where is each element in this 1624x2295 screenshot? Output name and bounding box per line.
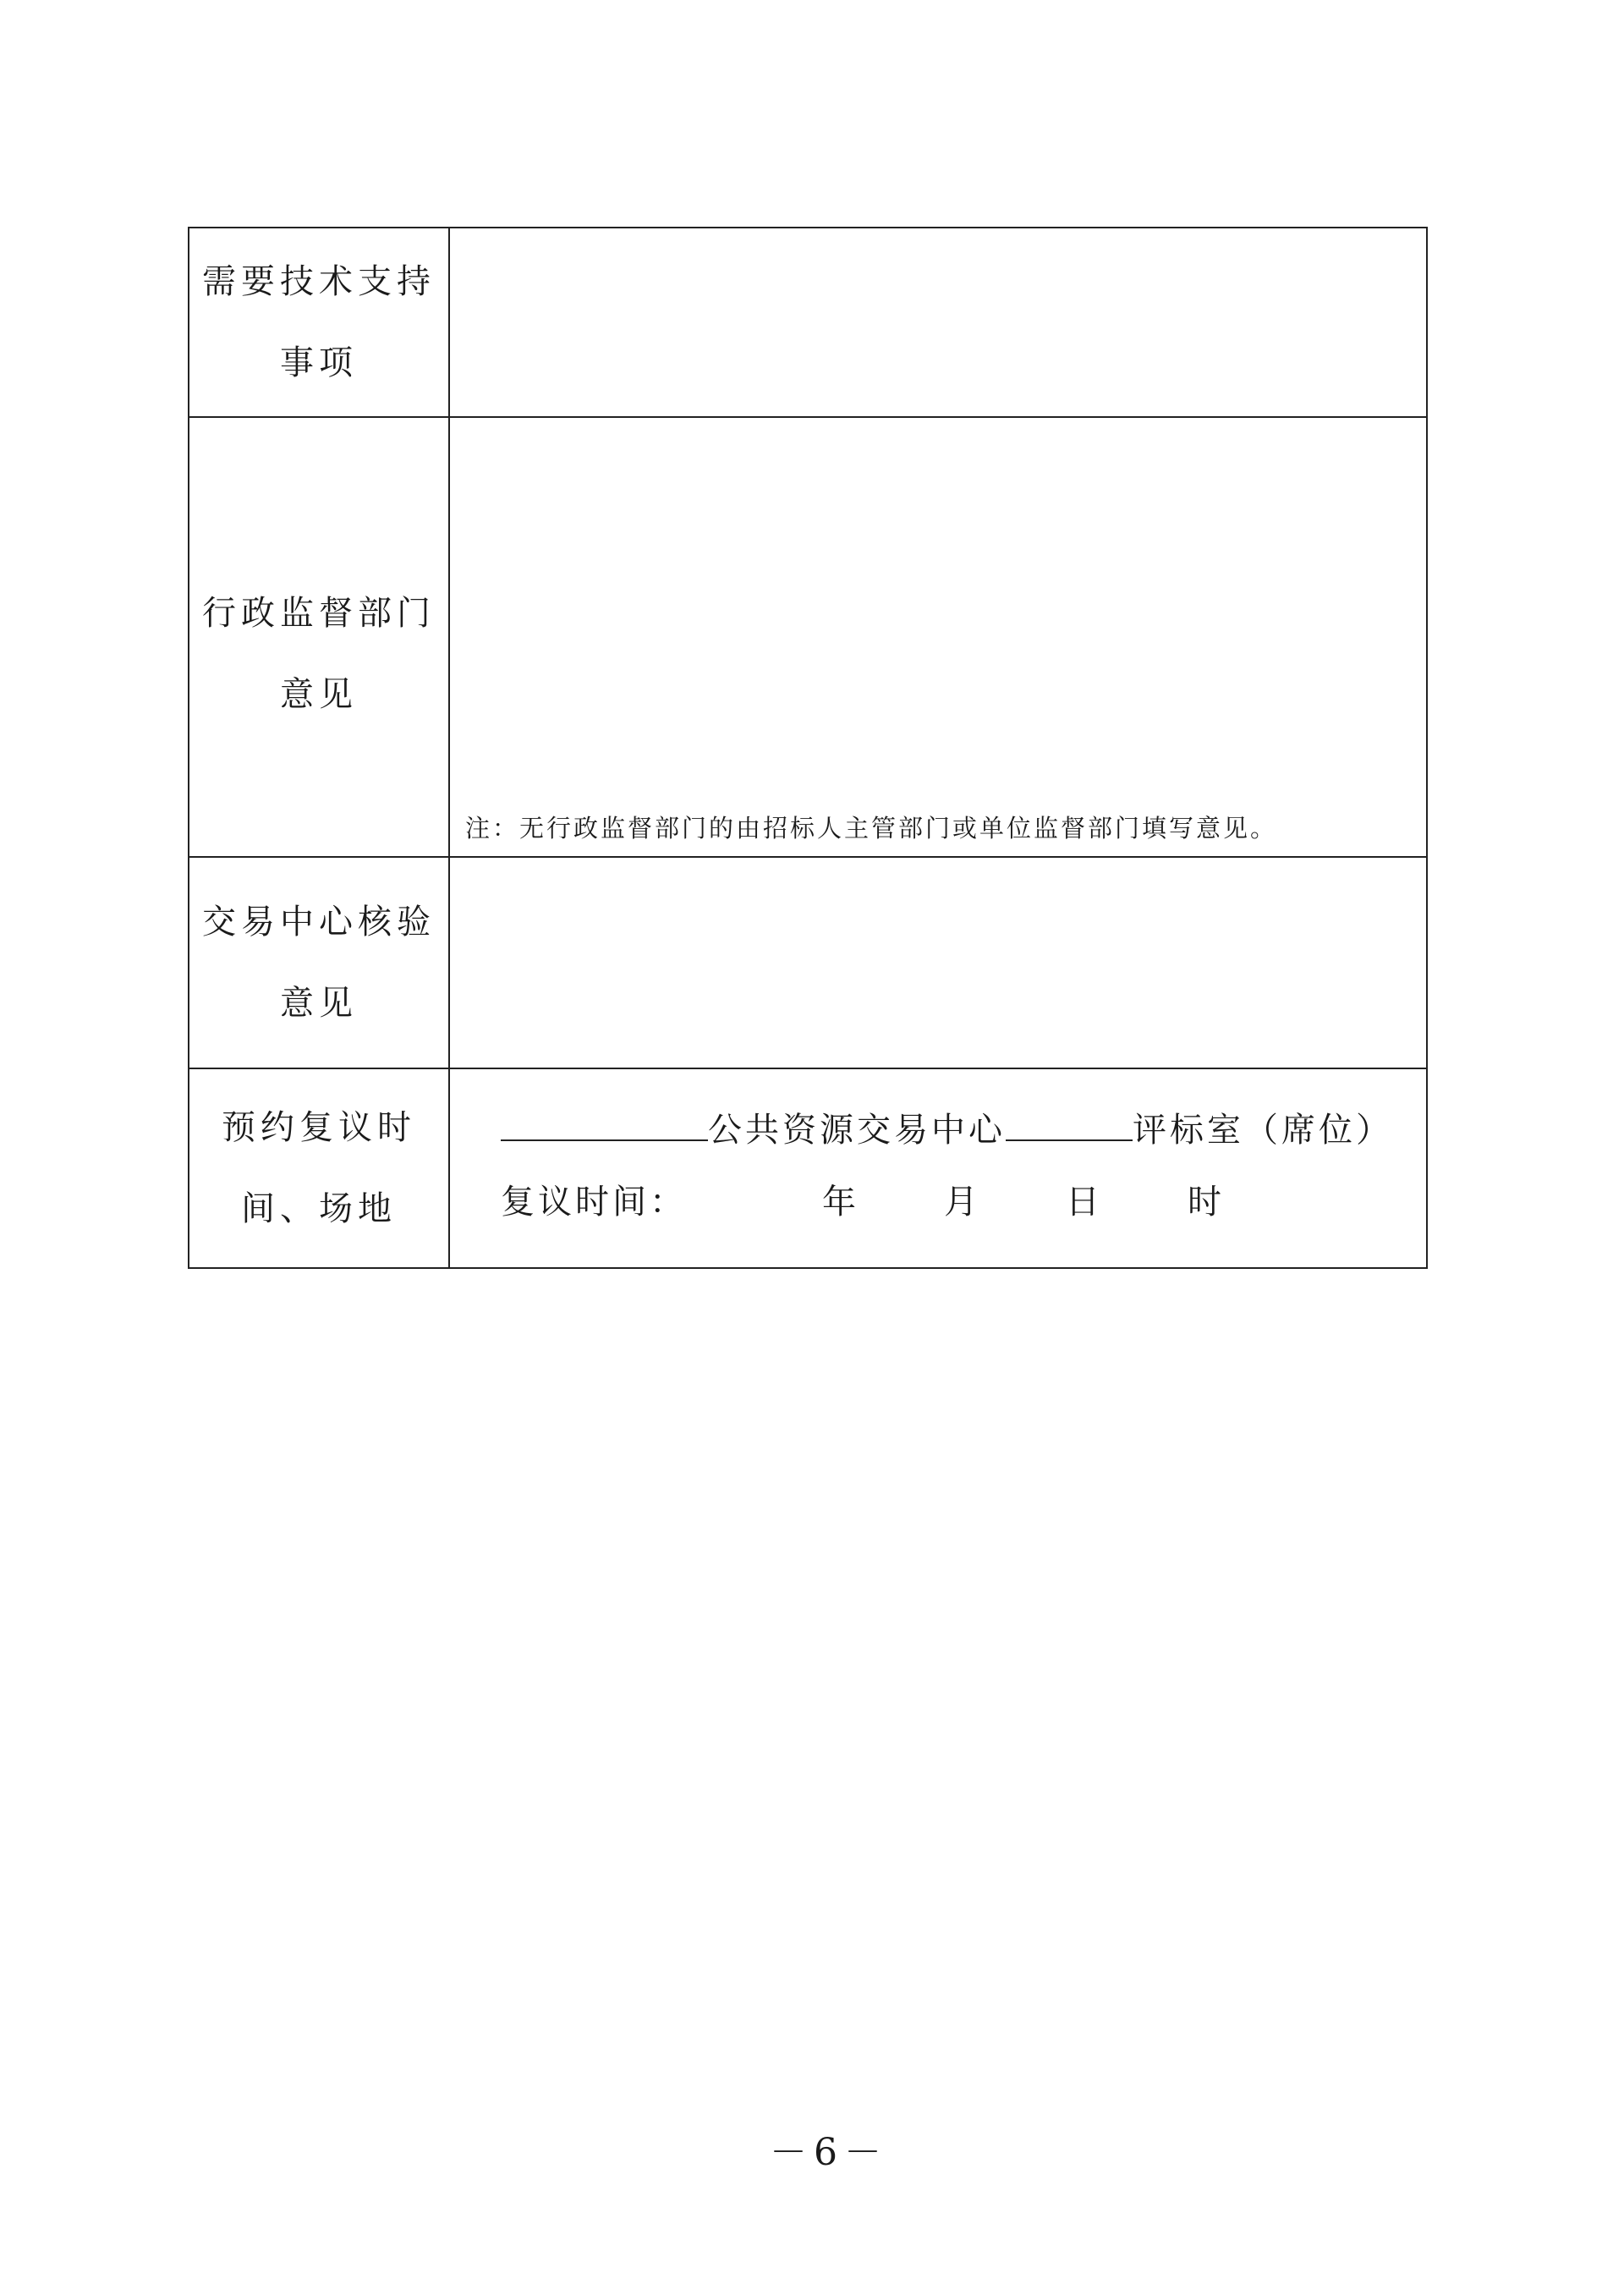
page-number: －6－: [0, 2122, 1624, 2176]
row-center-verification: 交易中心核验 意见: [189, 856, 1426, 1068]
label-review-schedule: 预约复议时 间、场地: [189, 1069, 450, 1267]
row-technical-support: 需要技术支持 事项: [189, 228, 1426, 416]
row-supervision-opinion: 行政监督部门 意见 注：无行政监督部门的由招标人主管部门或单位监督部门填写意见。: [189, 416, 1426, 856]
room-number-blank[interactable]: [1006, 1114, 1133, 1141]
venue-line: 公共资源交易中心评标室（席位）: [501, 1103, 1393, 1151]
label-line: 预约复议时: [222, 1087, 416, 1168]
time-label: 复议时间：: [501, 1183, 687, 1222]
label-technical-support: 需要技术支持 事项: [189, 228, 450, 416]
label-line: 交易中心核验: [202, 881, 436, 963]
label-center-verification: 交易中心核验 意见: [189, 858, 450, 1068]
label-line: 间、场地: [241, 1168, 397, 1249]
month-label: 月: [944, 1183, 981, 1222]
year-label: 年: [822, 1183, 859, 1222]
label-supervision-opinion: 行政监督部门 意见: [189, 418, 450, 856]
center-suffix: 公共资源交易中心: [708, 1111, 1006, 1150]
label-line: 意见: [280, 654, 358, 735]
day-label: 日: [1066, 1183, 1103, 1222]
field-supervision-opinion[interactable]: 注：无行政监督部门的由招标人主管部门或单位监督部门填写意见。: [450, 418, 1426, 856]
review-form-table: 需要技术支持 事项 行政监督部门 意见 注：无行政监督部门的由招标人主管部门或单…: [188, 227, 1428, 1269]
field-center-verification[interactable]: [450, 858, 1426, 1068]
room-suffix: 评标室（席位）: [1133, 1111, 1393, 1150]
field-review-schedule: 公共资源交易中心评标室（席位） 复议时间：年月日时: [450, 1069, 1426, 1267]
row-review-schedule: 预约复议时 间、场地 公共资源交易中心评标室（席位） 复议时间：年月日时: [189, 1068, 1426, 1267]
hour-label: 时: [1188, 1183, 1225, 1222]
label-line: 意见: [280, 963, 358, 1044]
field-technical-support[interactable]: [450, 228, 1426, 416]
center-name-blank[interactable]: [501, 1114, 708, 1141]
label-line: 行政监督部门: [202, 573, 436, 654]
label-line: 需要技术支持: [202, 241, 436, 322]
supervision-note: 注：无行政监督部门的由招标人主管部门或单位监督部门填写意见。: [465, 810, 1277, 844]
time-line: 复议时间：年月日时: [501, 1175, 1225, 1223]
label-line: 事项: [280, 322, 358, 404]
